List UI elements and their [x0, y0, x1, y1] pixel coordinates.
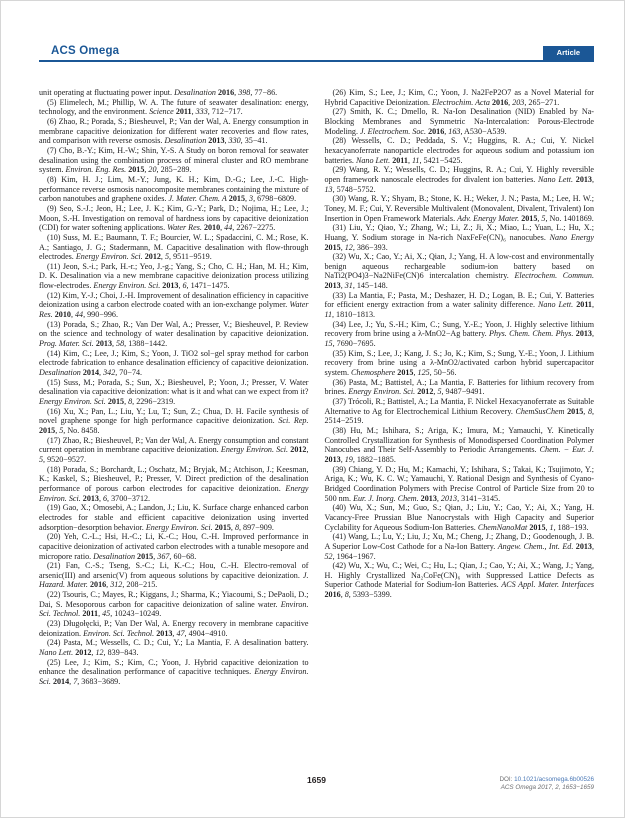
- reference-item: (35) Kim, S.; Lee, J.; Kang, J. S.; Jo, …: [325, 349, 595, 378]
- reference-item: (5) Elimelech, M.; Phillip, W. A. The fu…: [39, 98, 309, 117]
- reference-item: (33) La Mantia, F.; Pasta, M.; Deshazer,…: [325, 291, 595, 320]
- reference-continuation: unit operating at fluctuating power inpu…: [39, 88, 309, 98]
- reference-item: (37) Trócoli, R.; Battistel, A.; La Mant…: [325, 397, 595, 426]
- reference-item: (8) Kim, H. J.; Lim, M.-Y.; Jung, K. H.;…: [39, 175, 309, 204]
- reference-item: (14) Kim, C.; Lee, J.; Kim, S.; Yoon, J.…: [39, 349, 309, 378]
- references-section: unit operating at fluctuating power inpu…: [39, 88, 594, 687]
- reference-item: (36) Pasta, M.; Battistel, A.; La Mantia…: [325, 378, 595, 397]
- citation-line: ACS Omega 2017, 2, 1653−1659: [499, 784, 594, 792]
- reference-item: (15) Suss, M.; Porada, S.; Sun, X.; Bies…: [39, 378, 309, 407]
- reference-item: (40) Wu, X.; Sun, M.; Guo, S.; Qian, J.;…: [325, 503, 595, 532]
- reference-item: (19) Gao, X.; Omosebi, A.; Landon, J.; L…: [39, 503, 309, 532]
- references-column-left: unit operating at fluctuating power inpu…: [39, 88, 309, 687]
- page-header: ACS Omega Article: [39, 41, 594, 62]
- reference-item: (9) Seo, S.-J.; Jeon, H.; Lee, J. K.; Ki…: [39, 204, 309, 233]
- reference-item: (24) Pasta, M.; Wessells, C. D.; Cui, Y.…: [39, 638, 309, 657]
- page-content: ACS Omega Article unit operating at fluc…: [39, 41, 594, 687]
- reference-item: (41) Wang, L.; Lu, Y.; Liu, J.; Xu, M.; …: [325, 532, 595, 561]
- reference-item: (39) Chiang, Y. D.; Hu, M.; Kamachi, Y.;…: [325, 465, 595, 504]
- reference-item: (31) Liu, Y.; Qiao, Y.; Zhang, W.; Li, Z…: [325, 223, 595, 252]
- reference-item: (34) Lee, J.; Yu, S.-H.; Kim, C.; Sung, …: [325, 320, 595, 349]
- reference-item: (7) Cho, B.-Y.; Kim, H.-W.; Shin, Y.-S. …: [39, 146, 309, 175]
- doi-block: DOI: 10.1021/acsomega.6b00526 ACS Omega …: [499, 776, 594, 791]
- reference-item: (25) Lee, J.; Kim, S.; Kim, C.; Yoon, J.…: [39, 658, 309, 687]
- references-column-right: (26) Kim, S.; Lee, J.; Kim, C.; Yoon, J.…: [325, 88, 595, 687]
- reference-item: (21) Fan, C.-S.; Tseng, S.-C.; Li, K.-C.…: [39, 561, 309, 590]
- reference-item: (10) Suss, M. E.; Baumann, T. F.; Bourci…: [39, 233, 309, 262]
- doi-label: DOI:: [499, 776, 514, 783]
- reference-item: (30) Wang, R. Y.; Shyam, B.; Stone, K. H…: [325, 194, 595, 223]
- reference-item: (17) Zhao, R.; Biesheuvel, P.; Van der W…: [39, 436, 309, 465]
- journal-title: ACS Omega: [51, 45, 119, 57]
- reference-item: (12) Kim, Y.-J.; Choi, J.-H. Improvement…: [39, 291, 309, 320]
- reference-item: (6) Zhao, R.; Porada, S.; Biesheuvel, P.…: [39, 117, 309, 146]
- reference-item: (26) Kim, S.; Lee, J.; Kim, C.; Yoon, J.…: [325, 88, 595, 107]
- page-footer: 1659 DOI: 10.1021/acsomega.6b00526 ACS O…: [39, 775, 594, 793]
- reference-item: (23) Długołęcki, P.; Van Der Wal, A. Ene…: [39, 619, 309, 638]
- article-type-badge: Article: [543, 46, 594, 60]
- reference-item: (27) Smith, K. C.; Dmello, R. Na-Ion Des…: [325, 107, 595, 136]
- reference-item: (13) Porada, S.; Zhao, R.; Van Der Wal, …: [39, 320, 309, 349]
- doi-link[interactable]: 10.1021/acsomega.6b00526: [514, 776, 594, 783]
- journal-page: ACS Omega Article unit operating at fluc…: [0, 0, 625, 818]
- reference-item: (11) Jeon, S.-i.; Park, H.-r.; Yeo, J.-g…: [39, 262, 309, 291]
- reference-item: (18) Porada, S.; Borchardt, L.; Oschatz,…: [39, 465, 309, 504]
- reference-item: (20) Yeh, C.-L.; Hsi, H.-C.; Li, K.-C.; …: [39, 532, 309, 561]
- reference-item: (38) Hu, M.; Ishihara, S.; Ariga, K.; Im…: [325, 426, 595, 465]
- reference-item: (28) Wessells, C. D.; Peddada, S. V.; Hu…: [325, 136, 595, 165]
- doi-line: DOI: 10.1021/acsomega.6b00526: [499, 776, 594, 784]
- reference-item: (29) Wang, R. Y.; Wessells, C. D.; Huggi…: [325, 165, 595, 194]
- reference-item: (32) Wu, X.; Cao, Y.; Ai, X.; Qian, J.; …: [325, 252, 595, 291]
- reference-item: (22) Tsouris, C.; Mayes, R.; Kiggans, J.…: [39, 590, 309, 619]
- reference-item: (16) Xu, X.; Pan, L.; Liu, Y.; Lu, T.; S…: [39, 407, 309, 436]
- reference-item: (42) Wu, X.; Wu, C.; Wei, C.; Hu, L.; Qi…: [325, 561, 595, 600]
